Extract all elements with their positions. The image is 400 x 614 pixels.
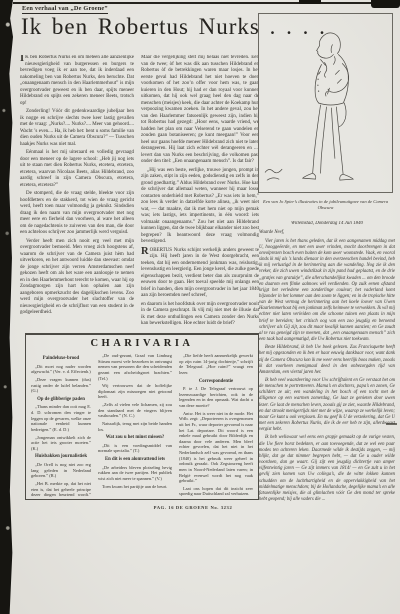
charivaria-item: „Dit moet nog nader worden afgewacht.” (… <box>31 364 91 375</box>
charivaria-item: Natuurlijk, terug met zijn beide handen … <box>98 421 172 432</box>
charivaria-item: „Thans minder dan ooit mag E. d. D. schr… <box>31 404 91 432</box>
charivaria-item: Toen kwam het partijtje aan de beurt. <box>98 484 172 490</box>
charivaria-item: „Jongeman ontwikkelt zich de actie het i… <box>31 435 91 452</box>
illustration-frame <box>258 13 393 193</box>
charivaria-item: „Zelfs al vielen vele lichamen, zij zou … <box>98 402 172 419</box>
paragraph: Eénmaal is het mij uiteraard en volledig… <box>20 150 134 189</box>
paragraph: De stomperd, die de vraag stelde, bleekt… <box>20 191 134 237</box>
paragraph-text: OBERTUS Nurks schijnt werkelijk anders g… <box>141 248 259 299</box>
charivaria-section: CHARIVARIA Paindeluxe-brood „Dit moet no… <box>25 333 259 500</box>
charivaria-heading: Paindeluxe-brood <box>31 356 91 362</box>
charivaria-heading: En dit is een alomvattend iets <box>98 457 172 463</box>
paragraph: „Hij was een beste, eerlijke, trouwe jon… <box>141 168 259 246</box>
scan-speck <box>371 0 400 8</box>
article-column-2: Maar die vergelijking stelt mij helaas n… <box>141 55 259 331</box>
letter-paragraph: Ik heb veel waardeering voor Uw schrijft… <box>259 378 395 433</box>
paragraph: Verder heeft men zich nooit erg veel met… <box>20 239 134 317</box>
newspaper-page: Een verhaal van „De Groene” Ik ben Rober… <box>0 0 400 614</box>
scan-edge-top <box>13 2 400 4</box>
charivaria-item: „Dit is een voedingsmiddel van normale s… <box>98 443 172 454</box>
letter-dateline: Willemstad, Donderdag 14 Juli 1840 <box>259 221 395 227</box>
scan-edge-left <box>0 0 13 614</box>
charivaria-heading: Correspondentie <box>179 379 253 385</box>
charivaria-heading: Huisbakken journalistiek <box>31 454 91 460</box>
charivaria-item: „De arbeiders bleven plotseling hevig ru… <box>98 465 172 482</box>
letter-column: Willemstad, Donderdag 14 Juli 1840 Waard… <box>259 221 395 501</box>
scan-speck <box>299 0 321 4</box>
charivaria-item: Wij vertrouwen dat de hoffelijke diploma… <box>98 383 172 400</box>
charivaria-item: „Die liefde heeft aanmerkelijk gewerkt o… <box>179 353 253 376</box>
charivaria-item: „De Orell is nog niet zoo erg lang geled… <box>31 462 91 479</box>
paragraph: Zonderling! Vóór dit gedenkwaardige jube… <box>20 109 134 148</box>
illustration-caption: Een van Jo Spier’s illustraties in de ju… <box>256 199 395 210</box>
charivaria-columns: Paindeluxe-brood „Dit moet nog nader wor… <box>26 349 258 500</box>
paragraph: ROBERTUS Nurks schijnt werkelijk anders … <box>141 248 259 300</box>
paragraph: Maar die vergelijking stelt mij helaas n… <box>141 55 259 166</box>
charivaria-column-3: „Die liefde heeft aanmerkelijk gewerkt o… <box>179 353 253 500</box>
charivaria-item: „Deze vragen kunnen (dus) rustig onder d… <box>31 377 91 394</box>
paragraph-text: K ben Robertus Nurks en om meteen alle a… <box>20 55 134 106</box>
artist-signature <box>265 169 282 180</box>
letter-paragraph: Vier jaren is het thans geleden, dat ik … <box>259 239 395 344</box>
paragraph: IK ben Robertus Nurks en om meteen alle … <box>20 55 134 107</box>
charivaria-item: „Het B. merkte op, dat het niet eten is,… <box>31 481 91 500</box>
charivaria-item: Antw. Het is weer niet in de mode. Het W… <box>179 411 253 484</box>
charivaria-item: „De oud-gezant, Graaf van Limburg Stirum… <box>98 353 172 381</box>
gentleman-sketch <box>259 14 392 192</box>
charivaria-heading: Op de glibberige paden <box>31 397 91 403</box>
charivaria-item: Laat ons hopen dat dit inzicht zeer spoe… <box>179 486 253 497</box>
letter-salutation: Waarde Neef, <box>259 230 395 236</box>
paragraph: en daarom is het hoofdstuk over mijn ove… <box>141 302 259 328</box>
charivaria-item: P. te J. De Telegraaf vertrouwt op lezen… <box>179 386 253 409</box>
charivaria-column-2: „De oud-gezant, Graaf van Limburg Stirum… <box>98 353 172 500</box>
charivaria-title: CHARIVARIA <box>26 338 258 349</box>
drop-cap: R <box>141 248 150 257</box>
kicker-label: Een verhaal van „De Groene” <box>22 5 108 14</box>
article-column-1: IK ben Robertus Nurks en om meteen alle … <box>20 55 134 331</box>
letter-paragraph: Beste Hildebrand, ik heb Uw boek gelezen… <box>259 345 395 376</box>
charivaria-heading: Wat zou u het minst missen? <box>98 435 172 441</box>
letter-paragraph: Ik heb weliswaar wel eens een grapje gem… <box>259 435 395 501</box>
charivaria-column-1: Paindeluxe-brood „Dit moet nog nader wor… <box>31 353 91 500</box>
page-footer: PAG. 16 DE GROENE No. 3232 <box>0 505 386 510</box>
